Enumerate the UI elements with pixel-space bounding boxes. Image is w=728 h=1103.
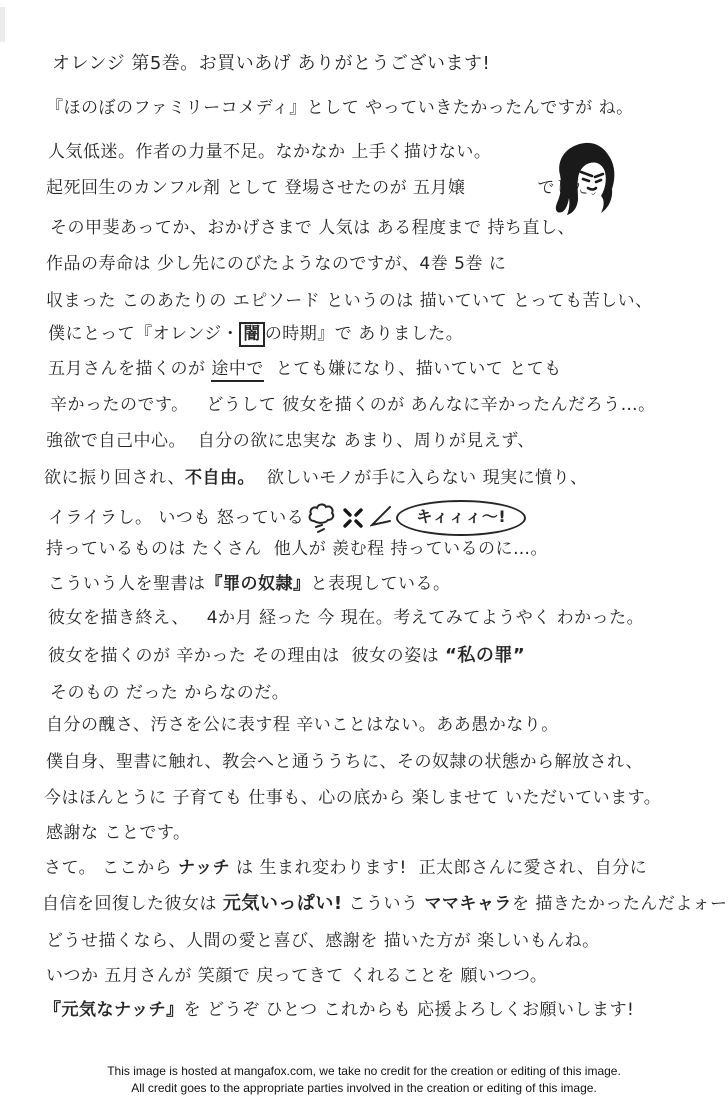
anger-vein-icon [340,505,366,531]
afterword-line-7: 収まった このあたりの エピソード というのは 描いていて とっても苦しい、 [46,289,653,313]
afterword-line-8: 僕にとって『オレンジ・闇の時期』で ありました。 [48,322,463,346]
line-8-text: 僕にとって『オレンジ・ [48,324,239,344]
footer-credit: This image is hosted at mangafox.com, we… [0,1063,728,1097]
afterword-line-23: さて。 ここから ナッチ は 生まれ変わります! 正太郎さんに愛され、自分に [44,856,647,880]
footer-credit-line-1: This image is hosted at mangafox.com, we… [0,1063,728,1080]
afterword-line-10: 辛かったのです。 どうして 彼女を描くのが あんなに辛かったんだろう…。 [50,393,656,417]
afterword-line-12: 欲に振り回され、不自由。 欲しいモノが手に入らない 現実に憤り、 [44,466,588,490]
afterword-line-22: 感謝な ことです。 [46,821,191,845]
afterword-line-11: 強欲で自己中心。 自分の欲に忠実な あまり、周りが見えず、 [46,429,535,453]
bold-phrase-genki: 元気いっぱい! [223,893,343,914]
line-12-tail: 欲しいモノが手に入らない 現実に憤り、 [255,468,588,488]
bold-name-nacchi: ナッチ [178,858,230,878]
afterword-line-5: その甲斐あってか、おかげさまで 人気は ある程度まで 持ち直し、 [50,216,575,240]
afterword-line-4: 起死回生のカンフル剤 として 登場させたのが 五月嬢でした。 [46,176,608,200]
afterword-line-21: 今はほんとうに 子育ても 仕事も、心の底から 楽しませて いただいています。 [44,786,661,810]
afterword-line-16: 彼女を描き終え、 4か月 経った 今 現在。考えてみてようやく わかった。 [48,606,644,630]
afterword-line-17: 彼女を描くのが 辛かった その理由は 彼女の姿は “私の罪” [48,644,525,668]
afterword-line-14: 持っているものは たくさん 他人が 羨む程 持っているのに…。 [46,537,548,561]
line-15-text: こういう人を聖書は [48,574,206,594]
line-8-tail: の時期』で ありました。 [265,324,463,344]
satsuki-face-illustration [551,141,627,217]
afterword-line-13: イライラし。 いつも 怒っているキィィィ〜! [48,500,526,536]
afterword-line-20: 僕自身、聖書に触れ、教会へと通ううちに、その奴隷の状態から解放され、 [46,750,643,774]
bold-phrase-slave-of-sin: 『罪の奴隷』 [206,574,311,594]
bubble-tail-icon [370,503,392,533]
line-15-tail: と表現している。 [311,574,451,594]
bold-phrase-mama-chara: ママキャラ [424,894,512,914]
afterword-line-26: いつか 五月さんが 笑顔で 戻ってきて くれることを 願いつつ。 [46,964,547,988]
afterword-line-27: 『元気なナッチ』を どうぞ ひとつ これからも 応援よろしくお願いします! [44,998,634,1022]
footer-credit-line-2: All credit goes to the appropriate parti… [0,1080,728,1097]
bold-word-unfree: 不自由。 [185,468,255,488]
afterword-line-19: 自分の醜さ、汚さを公に表す程 辛いことはない。ああ愚かなり。 [46,713,559,737]
line-12-text: 欲に振り回され、 [44,468,185,488]
line-9-tail: とても嫌になり、描いていて とても [264,359,562,379]
afterword-line-24: 自信を回復した彼女は 元気いっぱい! こういう ママキャラを 描きたかったんだよ… [42,892,728,916]
line-24-tail: を 描きたかったんだよォー! [512,894,728,914]
bold-phrase-my-sin: “私の罪” [445,645,525,666]
line-9-text: 五月さんを描くのが [48,359,211,379]
quoted-title-genki-nacchi: 『元気なナッチ』 [44,1000,184,1020]
manga-afterword-page: オレンジ 第5巻。お買いあげ ありがとうございます! 『ほのぼのファミリーコメデ… [0,0,728,1103]
boxed-word-darkness: 闇 [239,322,265,347]
afterword-line-6: 作品の寿命は 少し先にのびたようなのですが、4巻 5巻 に [46,252,506,276]
scream-bubble: キィィィ〜! [396,500,526,536]
line-24-text: 自信を回復した彼女は [42,894,223,914]
afterword-line-3: 人気低迷。作者の力量不足。なかなか 上手く描けない。 [48,140,491,164]
afterword-line-15: こういう人を聖書は『罪の奴隷』と表現している。 [48,572,451,596]
line-17-text: 彼女を描くのが 辛かった その理由は 彼女の姿は [48,646,445,666]
line-4-text: 起死回生のカンフル剤 として 登場させたのが 五月嬢 [46,178,466,198]
afterword-line-1: オレンジ 第5巻。お買いあげ ありがとうございます! [52,52,490,76]
line-23-tail: は 生まれ変わります! 正太郎さんに愛され、自分に [230,858,647,878]
line-23-text: さて。 ここから [44,858,178,878]
line-13-text: イライラし。 いつも 怒っている [48,508,304,528]
right-eye [596,180,601,182]
scan-edge-artifact [0,7,5,42]
line-24-mid: こういう [343,894,425,914]
afterword-line-9: 五月さんを描くのが 途中で とても嫌になり、描いていて とても [48,357,562,381]
line-27-tail: を どうぞ ひとつ これからも 応援よろしくお願いします! [184,1000,635,1020]
afterword-line-2: 『ほのぼのファミリーコメディ』として やっていきたかったんですが ね。 [46,96,634,120]
afterword-line-18: そのもの だった からなのだ。 [50,681,289,705]
steam-puff-icon [306,502,336,534]
underlined-word: 途中で [211,359,264,382]
afterword-line-25: どうせ描くなら、人間の愛と喜び、感謝を 描いた方が 楽しいもんね。 [46,929,600,953]
